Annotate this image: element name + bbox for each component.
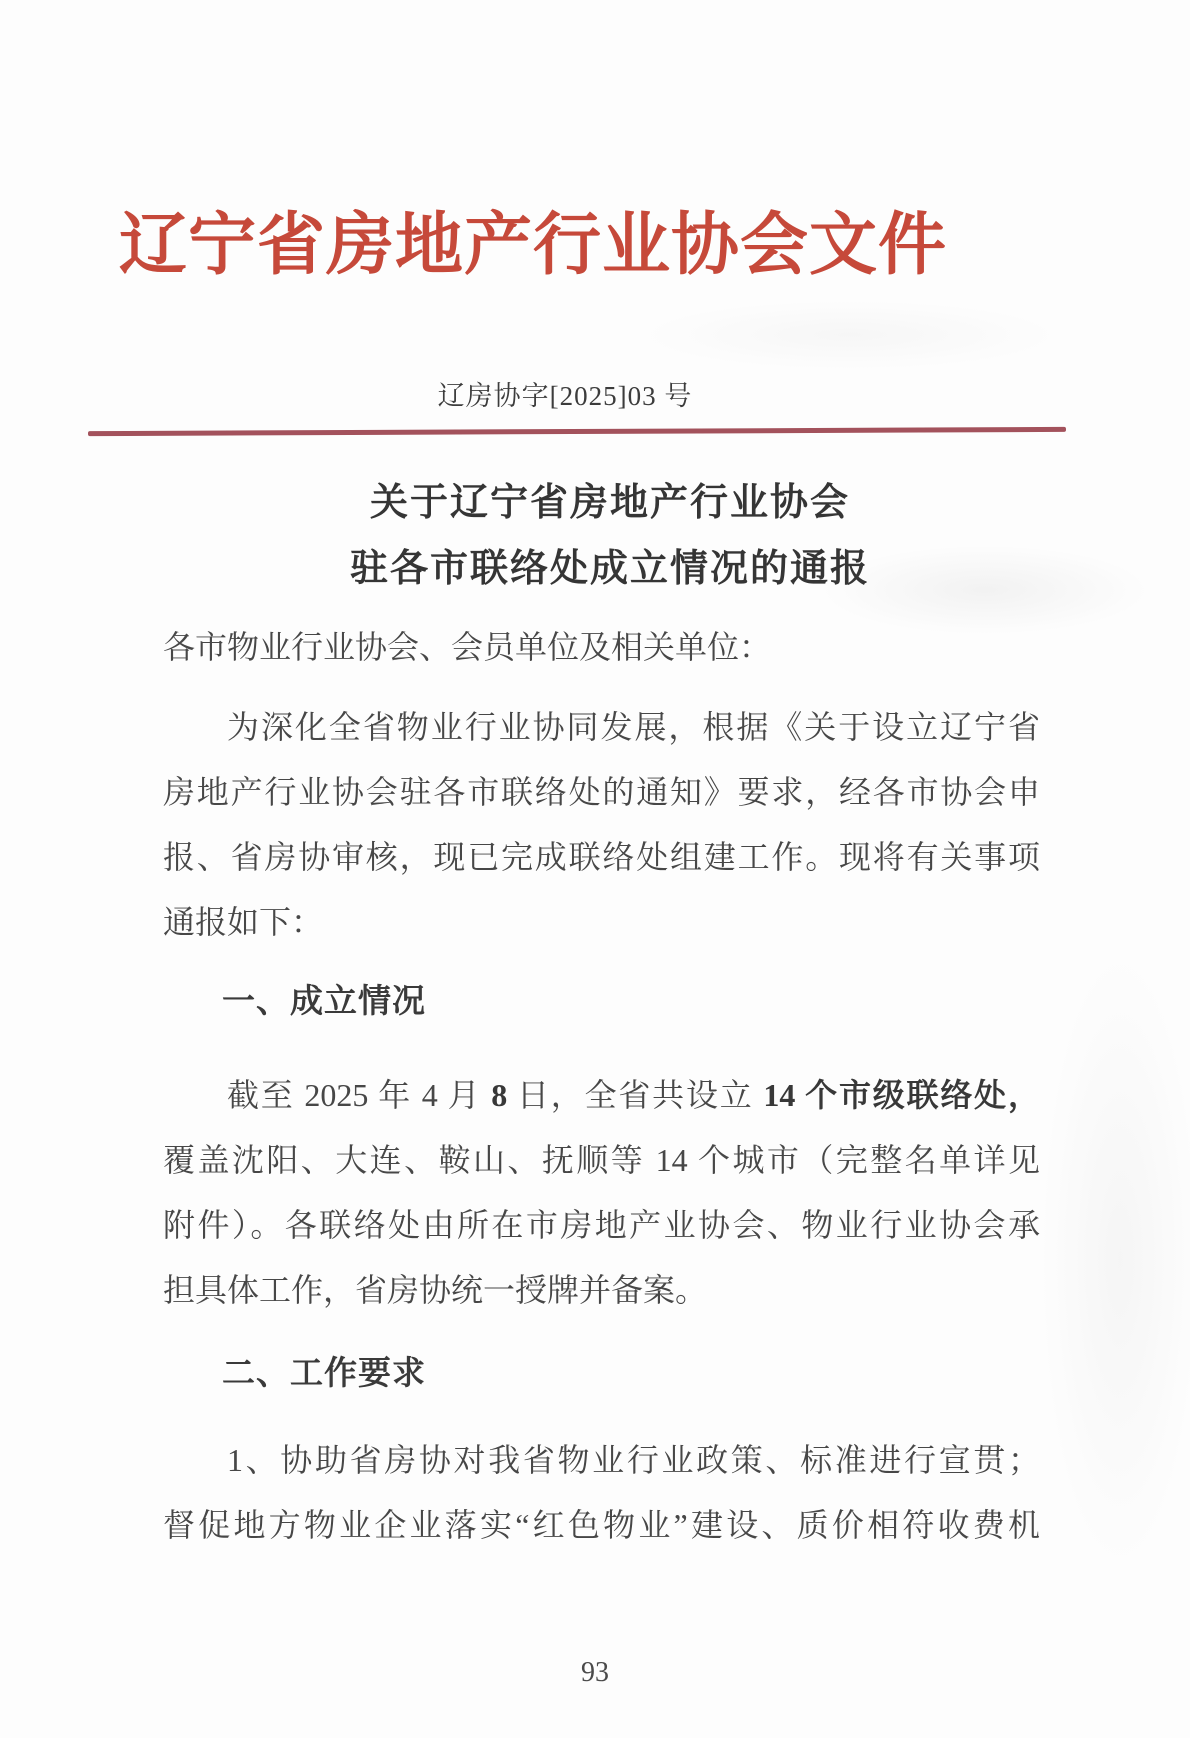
salutation: 各市物业行业协会、会员单位及相关单位： — [163, 615, 1040, 680]
section-heading-2: 二、工作要求 — [163, 1340, 1040, 1405]
scan-artifact — [640, 300, 1060, 370]
body-line: 报、省房协审核，现已完成联络处组建工作。现将有关事项 — [163, 825, 1040, 890]
body-line: 通报如下： — [163, 890, 1040, 955]
title-line-2: 驻各市联络处成立情况的通报 — [15, 536, 1190, 602]
body-line: 督促地方物业企业落实“红色物业”建设、质价相符收费机 — [163, 1493, 1040, 1558]
section-heading-1: 一、成立情况 — [163, 968, 1040, 1033]
paragraph-3: 1、协助省房协对我省物业行业政策、标准进行宣贯； 督促地方物业企业落实“红色物业… — [163, 1428, 1040, 1558]
page-number: 93 — [0, 1648, 1190, 1698]
body-line: 房地产行业协会驻各市联络处的通知》要求，经各市协会申 — [163, 760, 1040, 825]
text-segment-bold: 14 个市级联络处， — [763, 1077, 1040, 1113]
red-divider-line — [88, 427, 1066, 436]
text-segment: 日，全省共设立 — [507, 1077, 763, 1113]
scan-artifact — [1040, 950, 1190, 1570]
title-line-1: 关于辽宁省房地产行业协会 — [15, 470, 1190, 536]
body-line: 1、协助省房协对我省物业行业政策、标准进行宣贯； — [163, 1428, 1040, 1493]
org-title: 辽宁省房地产行业协会文件 — [0, 185, 1128, 305]
body-line: 覆盖沈阳、大连、鞍山、抚顺等 14 个城市（完整名单详见 — [163, 1128, 1040, 1193]
body-line: 为深化全省物业行业协同发展，根据《关于设立辽宁省 — [163, 695, 1040, 760]
paragraph-1: 为深化全省物业行业协同发展，根据《关于设立辽宁省 房地产行业协会驻各市联络处的通… — [163, 695, 1040, 955]
body-line: 担具体工作，省房协统一授牌并备案。 — [163, 1258, 1040, 1323]
document-title: 关于辽宁省房地产行业协会 驻各市联络处成立情况的通报 — [15, 470, 1190, 602]
body-line: 各市物业行业协会、会员单位及相关单位： — [163, 615, 1040, 680]
body-line: 截至 2025 年 4 月 8 日，全省共设立 14 个市级联络处， — [163, 1063, 1040, 1128]
body-line: 附件）。各联络处由所在市房地产业协会、物业行业协会承 — [163, 1193, 1040, 1258]
text-segment: 截至 2025 年 4 月 — [227, 1077, 491, 1113]
document-page: 辽宁省房地产行业协会文件 辽房协字[2025]03 号 关于辽宁省房地产行业协会… — [0, 0, 1190, 1738]
text-segment-bold: 8 — [491, 1077, 507, 1113]
paragraph-2: 截至 2025 年 4 月 8 日，全省共设立 14 个市级联络处， 覆盖沈阳、… — [163, 1063, 1040, 1323]
doc-number: 辽房协字[2025]03 号 — [0, 376, 1160, 416]
